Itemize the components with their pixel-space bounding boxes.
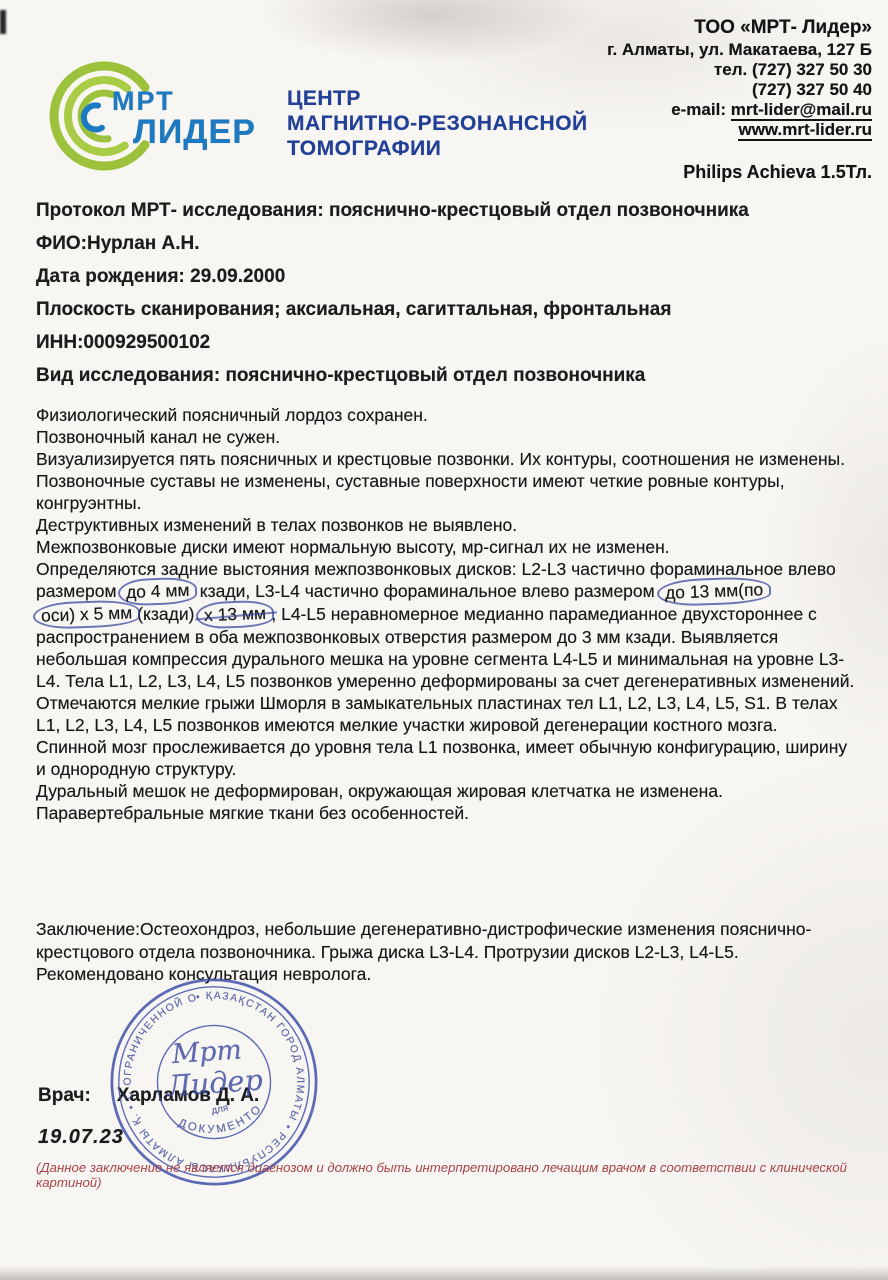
patient-name-line: ФИО:Нурлан А.Н. [36,233,858,254]
finding-paragraph: Позвоночный канал не сужен. [36,426,858,448]
finding-paragraph: Позвоночные суставы не изменены, суставн… [36,470,858,514]
finding-paragraph-disc-protrusions: Определяются задние выстояния межпозвонк… [36,558,858,736]
email-address: mrt-lider@mail.ru [731,100,872,121]
pen-circled-measurement: х 13 мм [196,600,275,630]
finding-paragraph: Деструктивных изменений в телах позвонко… [36,514,858,536]
center-title-line2: МАГНИТНО-РЕЗОНАНСНОЙ [287,111,588,136]
patient-meta-block: Протокол МРТ- исследования: пояснично-кр… [36,200,858,398]
contact-block: ТОО «МРТ- Лидер» г. Алматы, ул. Макатаев… [607,16,872,182]
pen-circled-measurement: оси) х 5 мм [33,599,141,630]
findings-text: Физиологический поясничный лордоз сохран… [36,404,858,824]
finding-paragraph: Паравертебральные мягкие ткани без особе… [36,802,858,824]
finding-paragraph: Физиологический поясничный лордоз сохран… [36,404,858,426]
finding-paragraph: Межпозвонковые диски имеют нормальную вы… [36,536,858,558]
website-url: www.mrt-lider.ru [738,120,872,141]
company-address: г. Алматы, ул. Макатаева, 127 Б [607,40,872,60]
pen-circled-measurement: до 13 мм(по [656,576,771,607]
finding-text-segment: кзади, L3-L4 частично фораминальное влев… [195,581,660,601]
center-title-line3: ТОМОГРАФИИ [287,136,588,161]
phone-2: (727) 327 50 40 [607,80,872,100]
center-title-line1: ЦЕНТР [287,86,588,111]
birth-date-line: Дата рождения: 29.09.2000 [36,266,858,287]
scan-planes-line: Плоскость сканирования; аксиальная, саги… [36,299,858,320]
finding-paragraph: Дуральный мешок не деформирован, окружаю… [36,780,858,802]
scanned-mri-report: МРТ ЛИДЕР ЦЕНТР МАГНИТНО-РЕЗОНАНСНОЙ ТОМ… [0,0,888,1280]
finding-text-segment: (кзади) [137,604,199,624]
website-line: www.mrt-lider.ru [607,120,872,140]
protocol-title: Протокол МРТ- исследования: пояснично-кр… [36,200,858,221]
email-label: e-mail: [671,100,731,119]
scanner-model: Philips Achieva 1.5Тл. [607,162,872,182]
disclaimer-text: (Данное заключение не является диагнозом… [36,1160,866,1190]
logo-text-lider: ЛИДЕР [133,113,256,152]
inn-line: ИНН:000929500102 [36,332,858,353]
phone-1: тел. (727) 327 50 30 [607,60,872,80]
stamp-center-line2: Лидер [164,1062,264,1103]
center-title: ЦЕНТР МАГНИТНО-РЕЗОНАНСНОЙ ТОМОГРАФИИ [287,86,588,161]
finding-paragraph: Спинной мозг прослеживается до уровня те… [36,736,858,780]
stamp-label-small: для [210,1102,229,1116]
study-type-line: Вид исследования: пояснично-крестцовый о… [36,365,858,386]
doctor-label: Врач: [38,1085,91,1106]
finding-paragraph: Визуализируется пять поясничных и крестц… [36,448,858,470]
email-line: e-mail: mrt-lider@mail.ru [607,100,872,120]
scan-edge-artifact [0,10,6,34]
company-name: ТОО «МРТ- Лидер» [607,16,872,40]
